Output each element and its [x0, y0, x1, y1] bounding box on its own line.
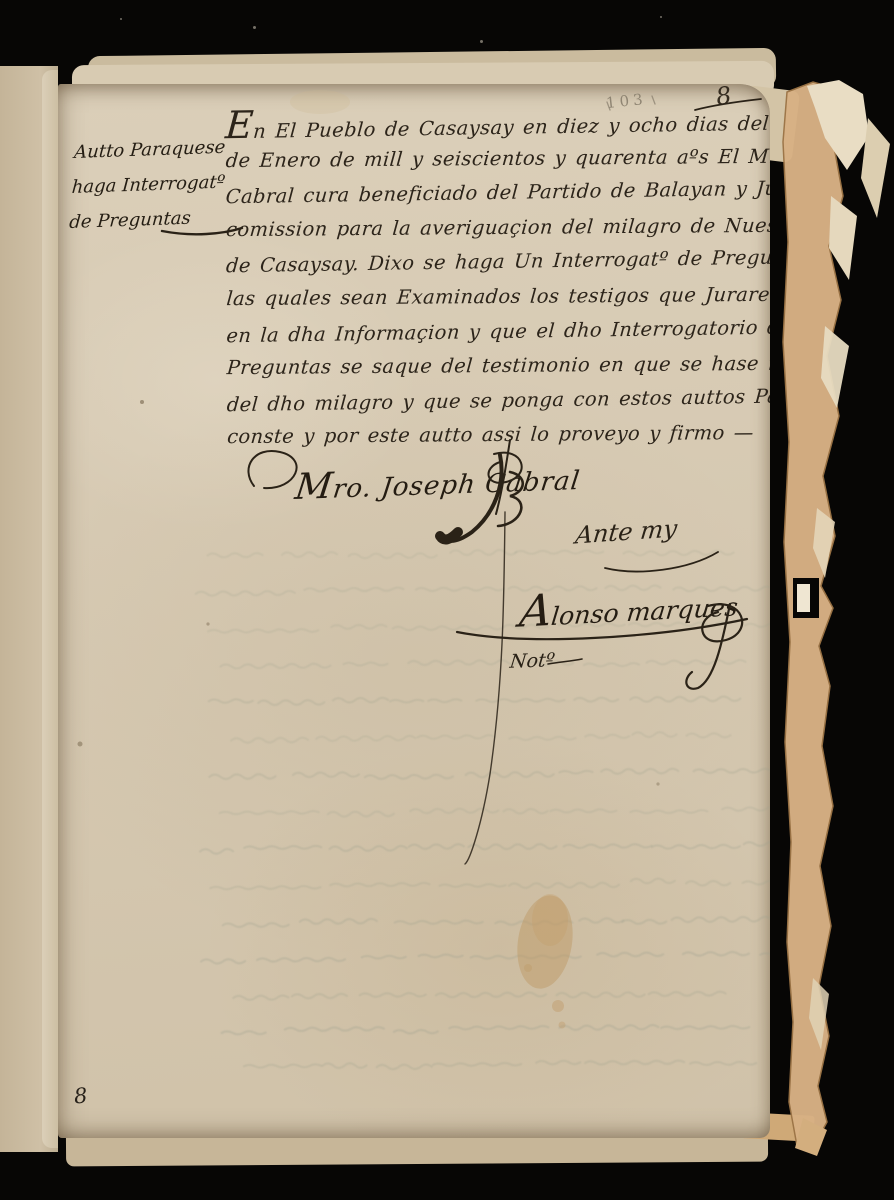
- dust-speck: [120, 18, 122, 20]
- margin-dash: [162, 228, 242, 234]
- manuscript-page: 103 8 Autto Paraquese haga Interrogatº d…: [58, 84, 770, 1138]
- dust-speck: [253, 26, 256, 29]
- ante-my-underline: [605, 552, 718, 571]
- folio-underline: [695, 99, 761, 110]
- manuscript-photo: 103 8 Autto Paraquese haga Interrogatº d…: [0, 0, 894, 1200]
- notary-title-dash: [548, 659, 582, 664]
- ink-blob: [440, 532, 458, 539]
- priest-flourish-loop: [248, 451, 296, 488]
- bottom-folio-number: 8: [73, 1083, 88, 1108]
- notary-rubric-loops: [686, 604, 742, 689]
- ink-flourishes: [58, 84, 770, 1138]
- long-pen-stroke: [465, 512, 505, 864]
- pencil-brackets: [607, 96, 655, 110]
- dust-speck: [660, 16, 662, 18]
- thick-descender: [442, 455, 502, 541]
- torn-page-edges: [773, 78, 894, 1164]
- dust-speck: [480, 40, 483, 43]
- previous-page-edge-highlight: [42, 70, 58, 1148]
